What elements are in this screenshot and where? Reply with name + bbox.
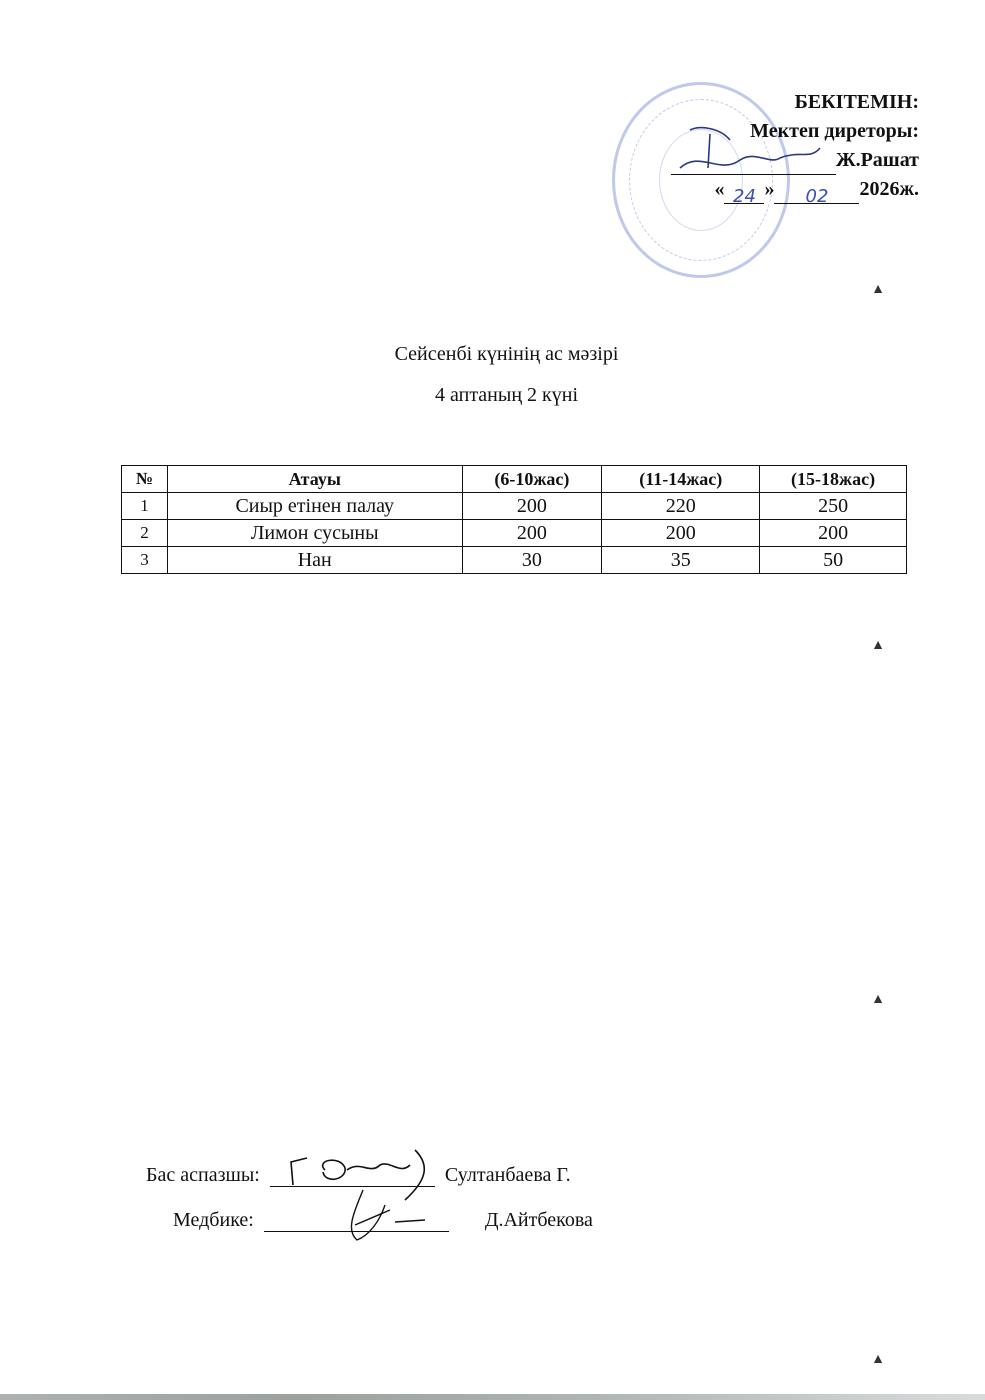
date-month: 02 (806, 186, 829, 207)
header-age-11-14: (11-14жас) (602, 466, 760, 493)
cell-number: 3 (122, 547, 168, 574)
nurse-name: Д.Айтбекова (485, 1209, 593, 1231)
nurse-role: Медбике: (173, 1209, 254, 1232)
cell-number: 2 (122, 520, 168, 547)
cell-dish-name: Лимон сусыны (167, 520, 462, 547)
cell-age-6-10: 30 (462, 547, 602, 574)
director-name: Ж.Рашат (836, 149, 919, 171)
scan-mark: ▲ (871, 992, 885, 1008)
cell-age-11-14: 200 (602, 520, 760, 547)
scan-bottom-edge (0, 1394, 985, 1400)
chef-name: Султанбаева Г. (445, 1164, 571, 1186)
date-day: 24 (733, 186, 756, 207)
director-position: Мектеп диреторы: (671, 117, 919, 146)
header-name: Атауы (167, 466, 462, 493)
header-age-6-10: (6-10жас) (462, 466, 602, 493)
cell-age-6-10: 200 (462, 520, 602, 547)
chef-role: Бас аспазшы: (146, 1164, 260, 1187)
cell-age-15-18: 200 (760, 520, 907, 547)
header-age-15-18: (15-18жас) (760, 466, 907, 493)
cell-age-15-18: 250 (760, 493, 907, 520)
cell-dish-name: Нан (167, 547, 462, 574)
scan-mark: ▲ (871, 282, 885, 298)
cell-age-15-18: 50 (760, 547, 907, 574)
table-header-row: № Атауы (6-10жас) (11-14жас) (15-18жас) (122, 466, 907, 493)
approval-date: «24»022026ж. (671, 175, 919, 204)
cell-age-11-14: 220 (602, 493, 760, 520)
approval-block: БЕКІТЕМІН: Мектеп диреторы: Ж.Рашат «24»… (671, 88, 919, 204)
menu-subtitle: 4 аптаның 2 күні (14, 384, 985, 407)
chef-handwritten-signature (285, 1140, 445, 1260)
table-row: 2 Лимон сусыны 200 200 200 (122, 520, 907, 547)
table-row: 3 Нан 30 35 50 (122, 547, 907, 574)
cell-age-11-14: 35 (602, 547, 760, 574)
menu-title: Сейсенбі күнінің ас мәзірі (14, 343, 985, 366)
director-signature-line (671, 153, 836, 175)
date-year: 2026ж. (859, 178, 919, 200)
cell-dish-name: Сиыр етінен палау (167, 493, 462, 520)
date-quote-close: » (764, 178, 774, 200)
menu-table: № Атауы (6-10жас) (11-14жас) (15-18жас) … (121, 465, 907, 574)
scan-mark: ▲ (871, 638, 885, 654)
scan-mark: ▲ (871, 1352, 885, 1368)
header-number: № (122, 466, 168, 493)
approval-heading: БЕКІТЕМІН: (671, 88, 919, 117)
cell-age-6-10: 200 (462, 493, 602, 520)
cell-number: 1 (122, 493, 168, 520)
date-quote-open: « (714, 178, 724, 200)
table-row: 1 Сиыр етінен палау 200 220 250 (122, 493, 907, 520)
